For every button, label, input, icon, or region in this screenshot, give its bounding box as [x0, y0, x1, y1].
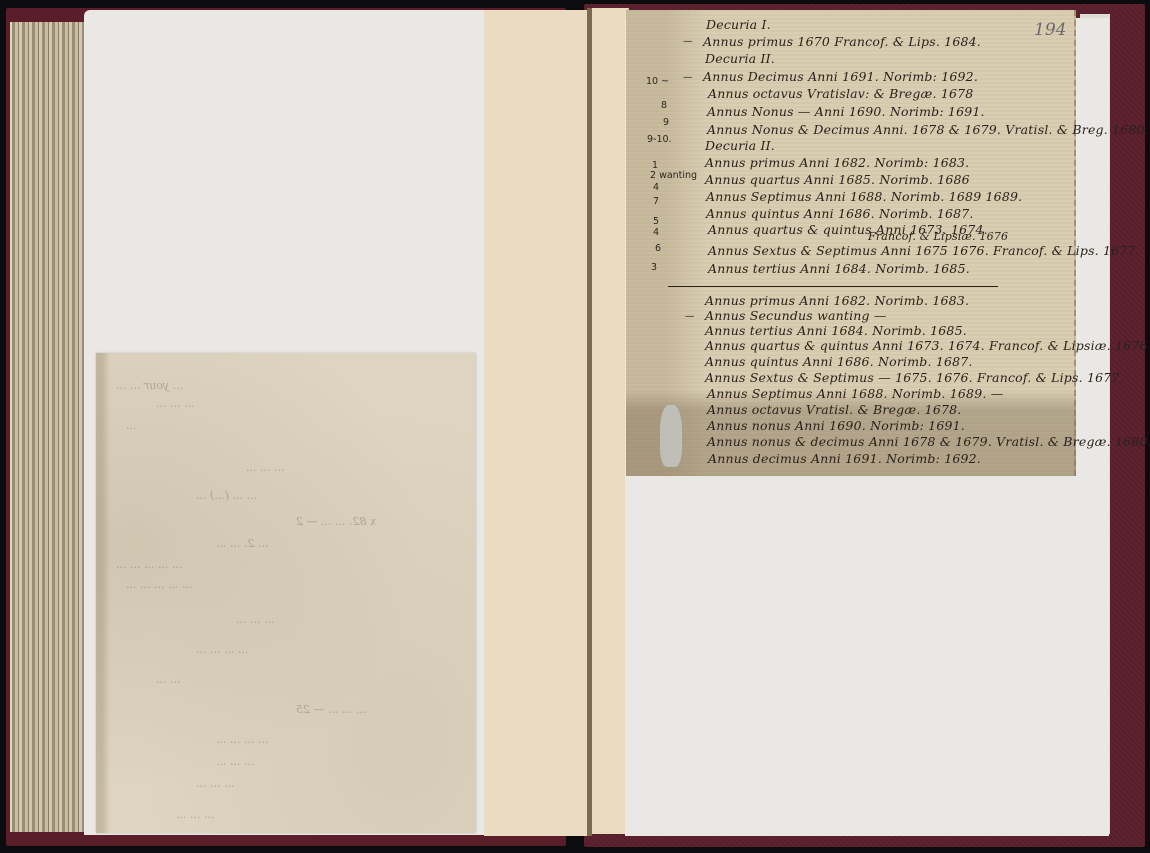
divider-rule: [668, 286, 998, 287]
manuscript-line: Annus quintus Anni 1686. Norimb. 1687.: [706, 206, 974, 221]
manuscript-line: Decuria II.: [705, 138, 775, 153]
margin-note: 4: [653, 182, 659, 193]
manuscript-line: Annus Septimus Anni 1688. Norimb. 1689 1…: [706, 189, 1022, 204]
manuscript-line: Annus Secundus wanting —: [705, 308, 887, 323]
manuscript-line: Annus tertius Anni 1684. Norimb. 1685.: [705, 323, 967, 338]
manuscript-line: Annus Sextus & Septimus — 1675. 1676. Fr…: [705, 370, 1124, 385]
ghost-line: ... 2. ... ...: [216, 537, 268, 550]
guard-strip-right: [592, 8, 629, 834]
margin-note: 10 ~: [646, 76, 669, 87]
ghost-line: ... ... ... ... ...: [116, 558, 182, 571]
ghost-line: ... ... ... ... ...: [126, 578, 192, 591]
manuscript-line: Annus Nonus — Anni 1690. Norimb: 1691.: [707, 104, 985, 119]
manuscript-line: Annus Septimus Anni 1688. Norimb. 1689. …: [707, 386, 1003, 401]
margin-note: —: [685, 311, 695, 322]
ghost-line: ... ... (...) ...: [196, 489, 257, 502]
ghost-line: ... ... ...: [246, 461, 284, 474]
margin-note: 6: [655, 243, 661, 254]
manuscript-line: Annus quartus & quintus Anni 1673. 1674.…: [705, 338, 1148, 353]
inserted-sheet-left: ... your ... ... ... ... ... ... ... ...…: [96, 353, 476, 833]
ghost-line: ... ... ... — 25: [296, 703, 366, 716]
margin-note: 7: [653, 196, 659, 207]
margin-note: 8: [661, 100, 667, 111]
manuscript-line: Annus tertius Anni 1684. Norimb. 1685.: [708, 261, 970, 276]
ghost-line: ... ... ...: [196, 777, 234, 790]
manuscript-line: Annus nonus Anni 1690. Norimb: 1691.: [707, 418, 965, 433]
margin-note: 3: [651, 262, 657, 273]
ghost-line: ... ...: [156, 673, 180, 686]
folio-number: 194: [1034, 20, 1066, 40]
margin-note: 4: [653, 227, 659, 238]
ghost-line: ...: [126, 419, 137, 432]
manuscript-line: Annus primus 1670 Francof. & Lips. 1684.: [703, 34, 981, 49]
manuscript-line: Annus primus Anni 1682. Norimb. 1683.: [705, 293, 969, 308]
manuscript-line: Annus octavus Vratislav: & Bregæ. 1678: [708, 86, 973, 101]
guard-strip-left: [484, 10, 591, 836]
ghost-line: ... ... ...: [216, 755, 254, 768]
manuscript-line: Annus octavus Vratisl. & Bregæ. 1678.: [707, 402, 961, 417]
ghost-line: ... your ... ...: [116, 379, 183, 392]
manuscript-line: Annus decimus Anni 1691. Norimb: 1692.: [708, 451, 981, 466]
manuscript-line: Annus Sextus & Septimus Anni 1675 1676. …: [708, 243, 1140, 258]
margin-note: 2 wanting: [650, 170, 697, 181]
manuscript-line: Annus Nonus & Decimus Anni. 1678 & 1679.…: [707, 122, 1149, 137]
manuscript-line: Annus nonus & decimus Anni 1678 & 1679. …: [707, 434, 1150, 449]
manuscript-line: Decuria II.: [705, 51, 775, 66]
page-stack-edge: [10, 22, 86, 832]
margin-note: 9-10.: [647, 134, 672, 145]
margin-note: 9: [663, 117, 669, 128]
ghost-line: x 82. ... ... — 2: [296, 515, 376, 528]
ghost-line: ... ... ...: [176, 808, 214, 821]
margin-note: —: [683, 72, 693, 83]
ghost-line: ... ... ... ...: [196, 643, 248, 656]
margin-note: —: [683, 36, 693, 47]
manuscript-line: Decuria I.: [706, 17, 771, 32]
manuscript-line: Annus quartus Anni 1685. Norimb. 1686: [705, 172, 970, 187]
ghost-line: ... ... ...: [156, 397, 194, 410]
water-stain: [660, 405, 682, 467]
margin-note: 5: [653, 216, 659, 227]
manuscript-interlinear: Francof. & Lipsiæ. 1676: [868, 230, 1008, 243]
manuscript-line: Annus primus Anni 1682. Norimb: 1683.: [705, 155, 969, 170]
ghost-line: ... ... ...: [236, 613, 274, 626]
manuscript-line: Annus quintus Anni 1686. Norimb. 1687.: [705, 354, 973, 369]
ghost-line: ... ... ... ...: [216, 733, 268, 746]
manuscript-line: Annus Decimus Anni 1691. Norimb: 1692.: [703, 69, 978, 84]
